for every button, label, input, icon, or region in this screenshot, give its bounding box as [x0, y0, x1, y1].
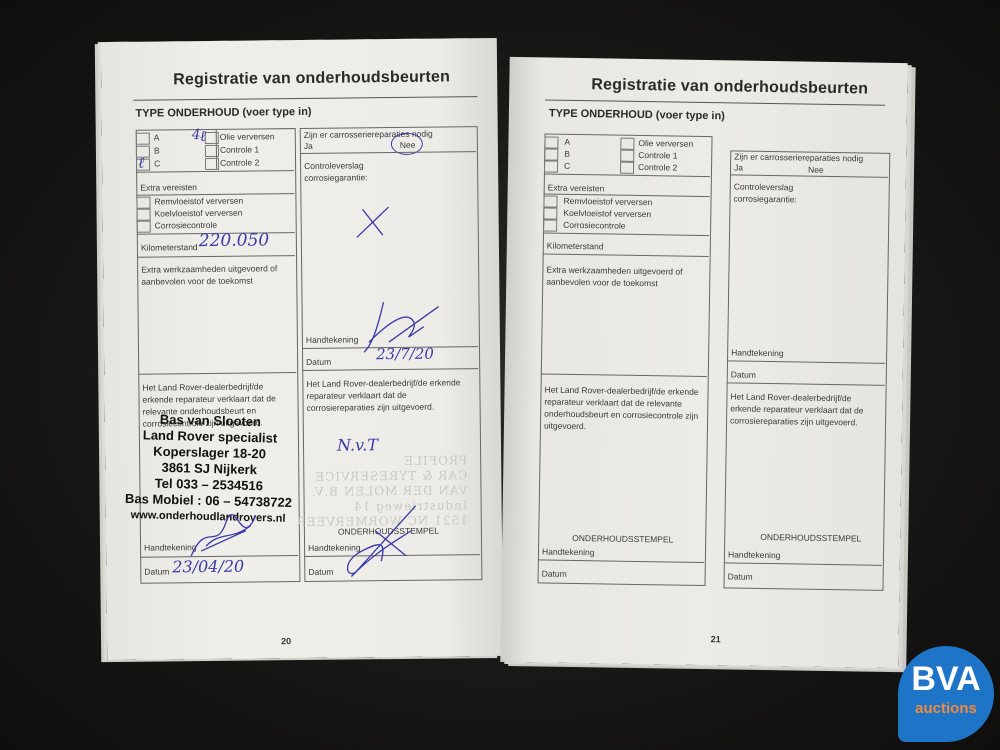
- inspection-label: Controleverslag corrosiegarantie:: [304, 159, 424, 184]
- yes-option[interactable]: Ja: [304, 140, 313, 152]
- dealer-stamp: Bas van Slooten Land Rover specialist Ko…: [118, 411, 301, 527]
- extra-work-label: Extra werkzaamheden uitgevoerd of aanbev…: [546, 264, 696, 290]
- checkbox-remvloeistof[interactable]: [136, 197, 150, 209]
- option-controle-1: Controle 1: [220, 143, 259, 155]
- title-rule: [133, 96, 477, 101]
- checkbox-a[interactable]: [136, 133, 150, 145]
- repair-statement: Het Land Rover-dealerbedrijf/de erkende …: [730, 390, 881, 428]
- km-label: Kilometerstand: [547, 240, 604, 253]
- signature-scribble: [336, 501, 427, 582]
- left-page: Registratie van onderhoudsbeurten TYPE O…: [101, 38, 503, 660]
- option-remvloeistof: Remvloeistof verversen: [154, 195, 243, 208]
- title-rule: [545, 99, 885, 105]
- bva-logo: BVA auctions: [898, 646, 994, 742]
- km-label: Kilometerstand: [141, 241, 198, 254]
- km-value[interactable]: 220.050: [199, 230, 270, 251]
- brand-sub: auctions: [898, 700, 994, 717]
- checkbox-b[interactable]: [544, 148, 558, 160]
- dealer-statement: Het Land Rover-dealerbedrijf/de erkende …: [544, 383, 705, 434]
- checkbox-controle-1[interactable]: [620, 150, 634, 162]
- brand-name: BVA: [898, 660, 994, 699]
- section-subtitle: TYPE ONDERHOUD (voer type in): [135, 106, 311, 120]
- option-corrosie: Corrosiecontrole: [155, 219, 217, 232]
- checkbox-controle-2[interactable]: [620, 162, 634, 174]
- option-koelvloeistof: Koelvloeistof verversen: [155, 207, 243, 220]
- option-controle-2: Controle 2: [638, 161, 677, 174]
- option-a: A: [154, 131, 160, 143]
- date-label: Datum: [308, 566, 333, 578]
- option-olie: Olie verversen: [638, 137, 693, 150]
- signature-scribble: [186, 510, 267, 561]
- right-page: Registratie van onderhoudsbeurten TYPE O…: [500, 57, 907, 668]
- checkbox-corrosie[interactable]: [543, 219, 557, 231]
- date-label: Datum: [728, 570, 753, 582]
- stamp-label: ONDERHOUDSSTEMPEL: [572, 532, 673, 546]
- page-number: 20: [281, 636, 291, 646]
- date-label: Datum: [144, 565, 169, 577]
- handwritten-mark: ℓ: [138, 154, 144, 173]
- checkbox-controle-1[interactable]: [205, 145, 219, 157]
- page-title: Registratie van onderhoudsbeurten: [173, 68, 450, 89]
- page-number: 21: [711, 634, 721, 644]
- checkbox-corrosie[interactable]: [137, 221, 151, 233]
- option-c: C: [564, 160, 570, 172]
- handwritten-mark: ℓ: [200, 127, 206, 146]
- extra-label: Extra vereisten: [548, 182, 605, 195]
- cross-mark: [352, 201, 392, 241]
- checkbox-koelvloeistof[interactable]: [137, 209, 151, 221]
- option-olie: Olie verversen: [220, 130, 275, 143]
- option-c: C: [154, 157, 160, 169]
- handwritten-note: N.v.T: [337, 435, 378, 454]
- inspection-label: Controleverslag corrosiegarantie:: [733, 180, 843, 206]
- signature-scribble: [353, 297, 444, 358]
- repair-question: Zijn er carrosseriereparaties nodig: [734, 150, 863, 164]
- no-option[interactable]: Nee: [808, 164, 824, 176]
- checkbox-c[interactable]: [544, 160, 558, 172]
- checkbox-controle-2[interactable]: [205, 158, 219, 170]
- option-a: A: [564, 136, 570, 148]
- option-b: B: [154, 144, 160, 156]
- option-controle-1: Controle 1: [638, 149, 677, 162]
- checkbox-remvloeistof[interactable]: [543, 195, 557, 207]
- option-b: B: [564, 148, 570, 160]
- date-label: Datum: [542, 567, 567, 579]
- checkbox-a[interactable]: [544, 136, 558, 148]
- signature-label: Handtekening: [542, 545, 595, 558]
- date-label: Datum: [306, 356, 331, 368]
- repair-statement: Het Land Rover-dealerbedrijf/de erkende …: [306, 376, 474, 414]
- extra-work-label: Extra werkzaamheden uitgevoerd of aanbev…: [141, 262, 291, 288]
- checkbox-koelvloeistof[interactable]: [543, 207, 557, 219]
- signature-label: Handtekening: [306, 333, 359, 346]
- yes-option[interactable]: Ja: [734, 161, 743, 173]
- checkbox-olie[interactable]: [620, 138, 634, 150]
- checkbox-olie[interactable]: [205, 132, 219, 144]
- extra-label: Extra vereisten: [140, 181, 197, 194]
- section-subtitle: TYPE ONDERHOUD (voer type in): [549, 108, 725, 123]
- stamp-label: ONDERHOUDSSTEMPEL: [760, 531, 861, 545]
- date-label: Datum: [731, 368, 756, 380]
- option-controle-2: Controle 2: [220, 156, 259, 168]
- signature-label: Handtekening: [731, 346, 784, 359]
- signature-label: Handtekening: [728, 548, 781, 561]
- page-title: Registratie van onderhoudsbeurten: [591, 76, 868, 98]
- option-corrosie: Corrosiecontrole: [563, 219, 626, 232]
